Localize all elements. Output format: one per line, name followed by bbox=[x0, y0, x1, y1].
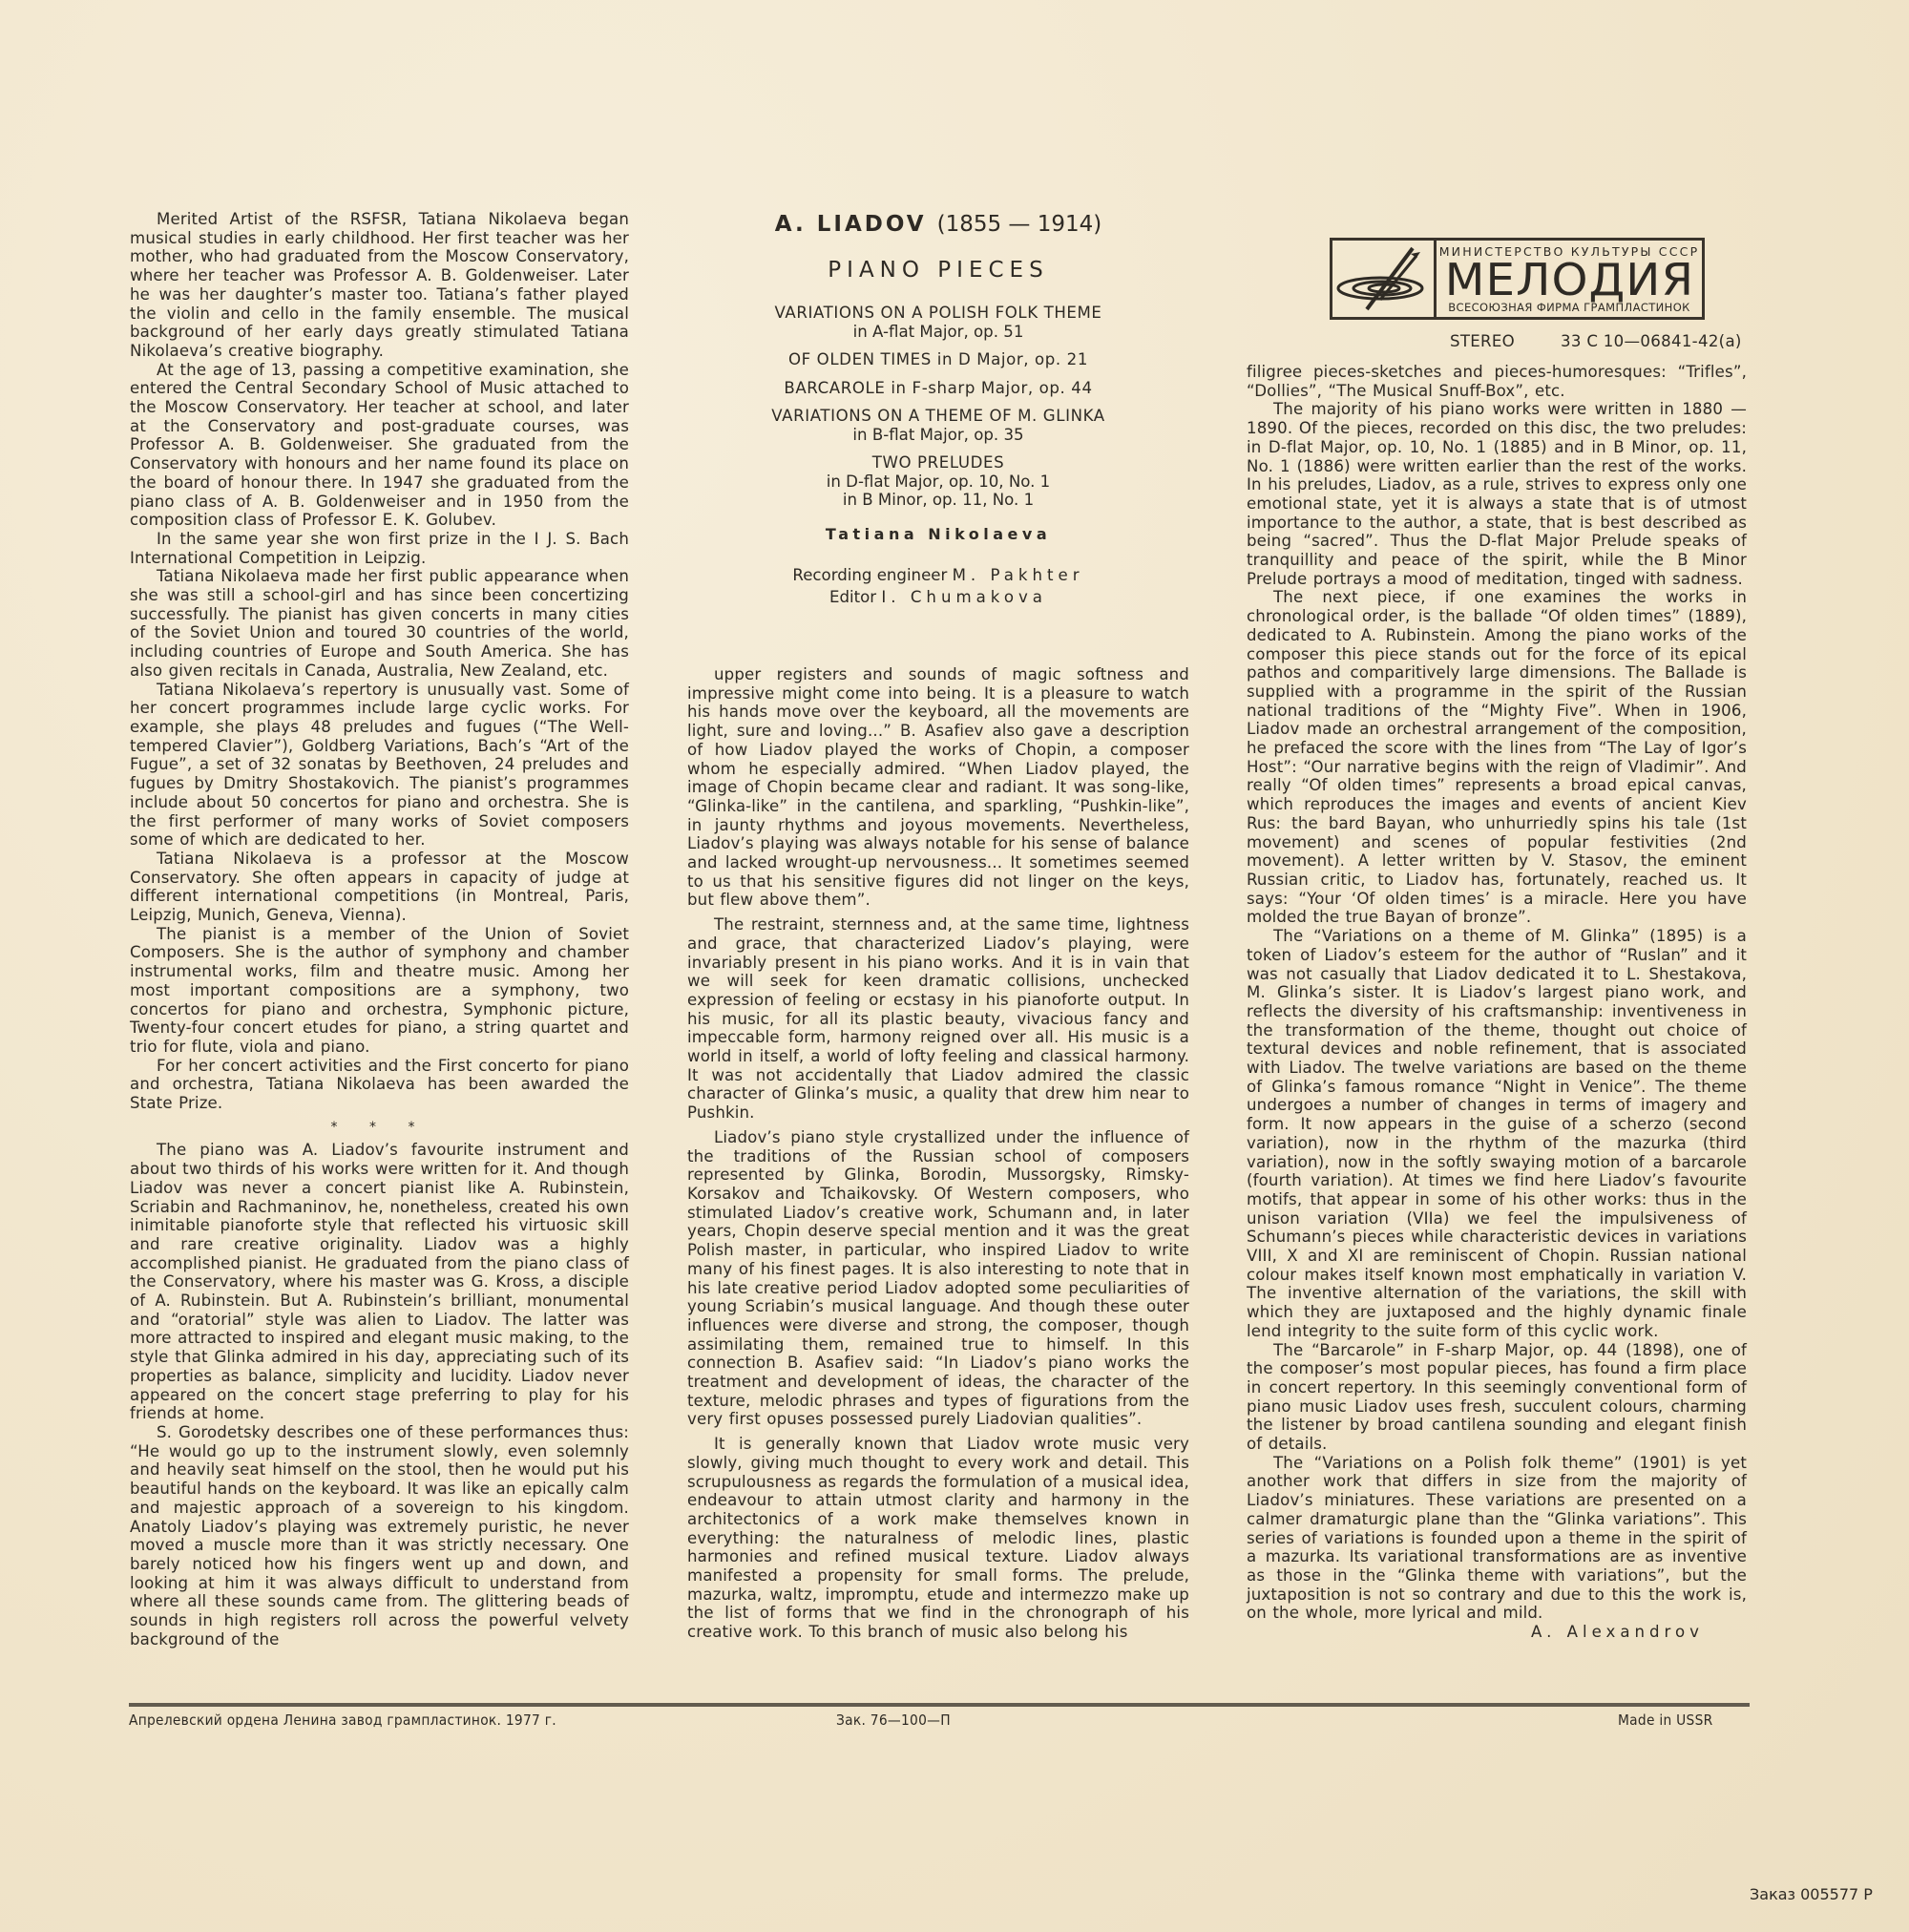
engineer-credit: Recording engineer M. Pakhter bbox=[687, 564, 1189, 586]
logo-brand: МЕЛОДИЯ bbox=[1444, 259, 1693, 301]
paragraph: filigree pieces-sketches and pieces-humo… bbox=[1247, 363, 1747, 400]
track-title: VARIATIONS ON A THEME OF M. GLINKA bbox=[687, 407, 1189, 426]
track-detail: in B Minor, op. 11, No. 1 bbox=[687, 491, 1189, 510]
composer-name: A. LIADOV bbox=[775, 212, 927, 237]
catalog-number: 33 С 10—06841-42(a) bbox=[1561, 332, 1742, 350]
composer-line: A. LIADOV (1855 — 1914) bbox=[687, 212, 1189, 237]
paragraph: Liadov’s piano style crystallized under … bbox=[687, 1128, 1189, 1429]
paragraph: upper registers and sounds of magic soft… bbox=[687, 665, 1189, 910]
paragraph: S. Gorodetsky describes one of these per… bbox=[130, 1423, 629, 1648]
section-separator: * * * bbox=[130, 1119, 629, 1138]
track-title: VARIATIONS ON A POLISH FOLK THEME bbox=[687, 304, 1189, 323]
track-title: BARCAROLE in F-sharp Major, op. 44 bbox=[687, 379, 1189, 398]
paragraph: Merited Artist of the RSFSR, Tatiana Nik… bbox=[130, 210, 629, 361]
album-header: A. LIADOV (1855 — 1914) PIANO PIECES VAR… bbox=[687, 212, 1189, 608]
engineer-label: Recording engineer bbox=[792, 566, 947, 584]
paragraph: The “Variations on a Polish folk theme” … bbox=[1247, 1454, 1747, 1623]
track-item: VARIATIONS ON A POLISH FOLK THEME in A-f… bbox=[687, 304, 1189, 341]
right-column-text: filigree pieces-sketches and pieces-humo… bbox=[1247, 363, 1747, 1642]
footer-divider bbox=[129, 1703, 1750, 1707]
melodiya-logo: МИНИСТЕРСТВО КУЛЬТУРЫ СССР МЕЛОДИЯ ВСЕСО… bbox=[1330, 238, 1705, 320]
performer-name: Tatiana Nikolaeva bbox=[687, 525, 1189, 543]
track-item: TWO PRELUDES in D-flat Major, op. 10, No… bbox=[687, 453, 1189, 510]
paragraph: The majority of his piano works were wri… bbox=[1247, 400, 1747, 588]
track-title: TWO PRELUDES bbox=[687, 453, 1189, 472]
track-detail: in B-flat Major, op. 35 bbox=[687, 426, 1189, 445]
author-signature: A. Alexandrov bbox=[1247, 1623, 1747, 1642]
paragraph: The restraint, sternness and, at the sam… bbox=[687, 915, 1189, 1123]
melodiya-emblem-icon bbox=[1332, 241, 1437, 317]
paragraph: Tatiana Nikolaeva’s repertory is unusual… bbox=[130, 681, 629, 850]
print-order-number: Заказ 005577 Р bbox=[1750, 1885, 1873, 1903]
paragraph: At the age of 13, passing a competitive … bbox=[130, 361, 629, 530]
paragraph: The pianist is a member of the Union of … bbox=[130, 925, 629, 1057]
editor-name: I. Chumakova bbox=[881, 588, 1047, 606]
paragraph: For her concert activities and the First… bbox=[130, 1057, 629, 1113]
logo-text: МИНИСТЕРСТВО КУЛЬТУРЫ СССР МЕЛОДИЯ ВСЕСО… bbox=[1437, 241, 1702, 317]
paragraph: Tatiana Nikolaeva is a professor at the … bbox=[130, 850, 629, 925]
paragraph: Tatiana Nikolaeva made her first public … bbox=[130, 567, 629, 680]
left-column-text: Merited Artist of the RSFSR, Tatiana Nik… bbox=[130, 210, 629, 1648]
track-item: OF OLDEN TIMES in D Major, op. 21 bbox=[687, 350, 1189, 369]
paragraph: It is generally known that Liadov wrote … bbox=[687, 1435, 1189, 1642]
credits: Recording engineer M. Pakhter Editor I. … bbox=[687, 564, 1189, 608]
track-list: VARIATIONS ON A POLISH FOLK THEME in A-f… bbox=[687, 304, 1189, 510]
paragraph: The piano was A. Liadov’s favourite inst… bbox=[130, 1141, 629, 1423]
track-item: BARCAROLE in F-sharp Major, op. 44 bbox=[687, 379, 1189, 398]
track-title: OF OLDEN TIMES in D Major, op. 21 bbox=[687, 350, 1189, 369]
editor-label: Editor bbox=[829, 588, 876, 606]
album-title: PIANO PIECES bbox=[687, 258, 1189, 283]
footer-origin: Made in USSR bbox=[1618, 1711, 1712, 1729]
track-item: VARIATIONS ON A THEME OF M. GLINKA in B-… bbox=[687, 407, 1189, 444]
middle-column-text: upper registers and sounds of magic soft… bbox=[687, 665, 1189, 1642]
track-detail: in D-flat Major, op. 10, No. 1 bbox=[687, 472, 1189, 492]
track-detail: in A-flat Major, op. 51 bbox=[687, 323, 1189, 342]
engineer-name: M. Pakhter bbox=[953, 566, 1084, 584]
catalog-line: STEREO33 С 10—06841-42(a) bbox=[1450, 332, 1742, 350]
stereo-label: STEREO bbox=[1450, 332, 1515, 350]
footer-plant: Апрелевский ордена Ленина завод грамплас… bbox=[129, 1711, 556, 1729]
composer-years: (1855 — 1914) bbox=[937, 212, 1102, 237]
editor-credit: Editor I. Chumakova bbox=[687, 586, 1189, 608]
paragraph: In the same year she won first prize in … bbox=[130, 530, 629, 567]
footer-order-code: Зак. 76—100—П bbox=[836, 1711, 951, 1729]
paragraph: The “Variations on a theme of M. Glinka”… bbox=[1247, 927, 1747, 1340]
paragraph: The “Barcarole” in F-sharp Major, op. 44… bbox=[1247, 1341, 1747, 1454]
paragraph: The next piece, if one examines the work… bbox=[1247, 588, 1747, 927]
